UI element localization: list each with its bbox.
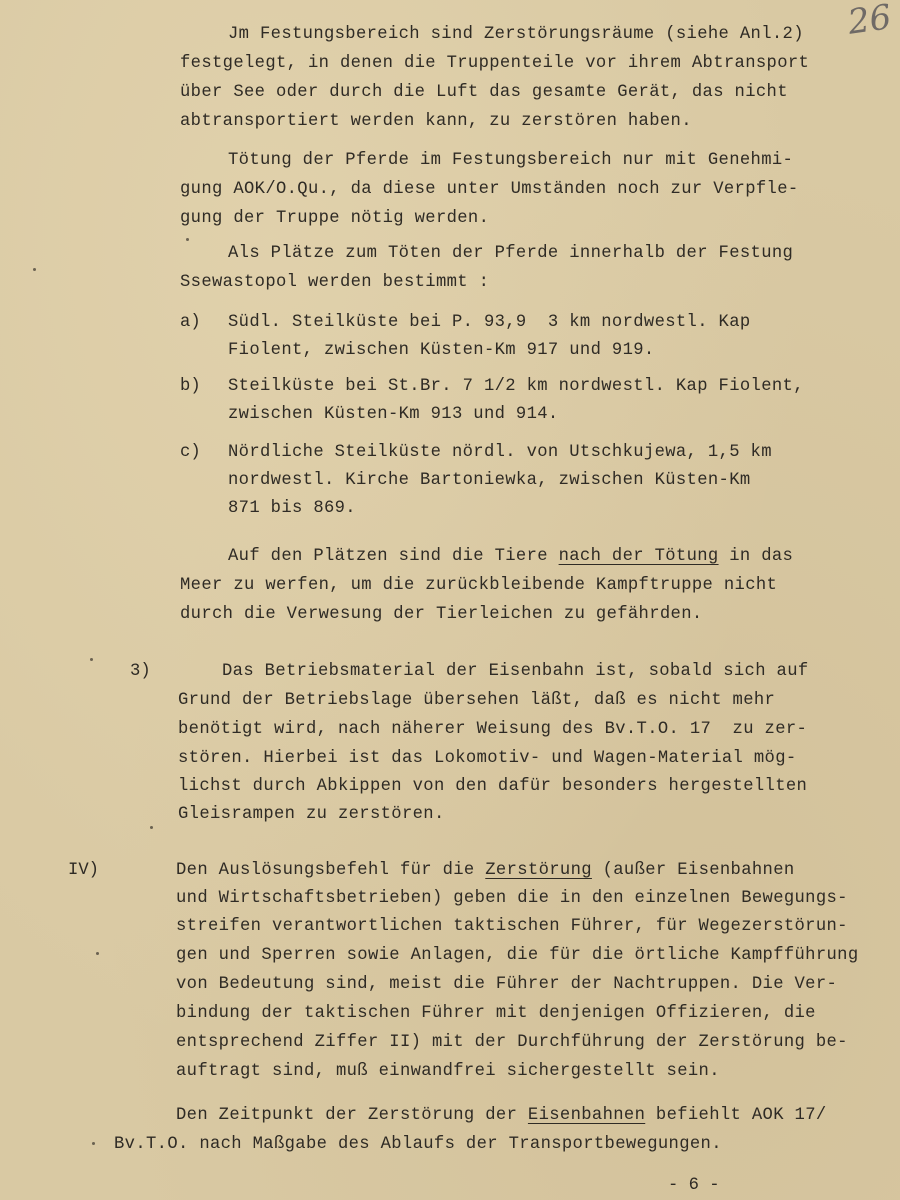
section3-line2: Grund der Betriebslage übersehen läßt, d… [178,690,775,712]
list-label-b: b) [180,376,201,398]
section4-line6: bindung der taktischen Führer mit denjen… [176,1003,816,1025]
para2-line3: gung der Truppe nötig werden. [180,208,489,230]
section3-line3: benötigt wird, nach näherer Weisung des … [178,719,807,741]
section3-line4: stören. Hierbei ist das Lokomotiv- und W… [178,748,797,770]
document-page: 26 Jm Festungsbereich sind Zerstörungsrä… [0,0,900,1200]
section4-line1: Den Auslösungsbefehl für die Zerstörung … [176,860,795,882]
final-para-line1: Den Zeitpunkt der Zerstörung der Eisenba… [176,1105,827,1127]
section4-line8: auftragt sind, muß einwandfrei sicherges… [176,1061,720,1083]
list-a-line2: Fiolent, zwischen Küsten-Km 917 und 919. [228,340,655,362]
final-para-line2: Bv.T.O. nach Maßgabe des Ablaufs der Tra… [114,1134,722,1156]
section3-line5: lichst durch Abkippen von den dafür beso… [178,776,807,798]
list-c-line1: Nördliche Steilküste nördl. von Utschkuj… [228,442,772,464]
para1-line1: Jm Festungsbereich sind Zerstörungsräume… [228,24,804,46]
paper-speck [150,826,153,829]
para1-line3: über See oder durch die Luft das gesamte… [180,82,788,104]
paper-speck [33,268,36,271]
section4-line5: von Bedeutung sind, meist die Führer der… [176,974,837,996]
paper-speck [186,238,189,241]
section4-line7: entsprechend Ziffer II) mit der Durchfüh… [176,1032,848,1054]
para4-line2: Meer zu werfen, um die zurückbleibende K… [180,575,777,597]
para4-line1: Auf den Plätzen sind die Tiere nach der … [228,546,793,568]
section3-line6: Gleisrampen zu zerstören. [178,804,445,826]
page-number: - 6 - [668,1176,720,1195]
underlined-phrase: nach der Tötung [559,547,719,566]
paper-speck [92,1142,95,1145]
para1-line4: abtransportiert werden kann, zu zerstöre… [180,111,692,133]
list-b-line2: zwischen Küsten-Km 913 und 914. [228,404,559,426]
section4-line3: streifen verantwortlichen taktischen Füh… [176,916,848,938]
para3-line2: Ssewastopol werden bestimmt : [180,272,489,294]
section-3-label: 3) [130,661,151,683]
paper-speck [90,658,93,661]
para1-line2: festgelegt, in denen die Truppenteile vo… [180,53,809,75]
list-a-line1: Südl. Steilküste bei P. 93,9 3 km nordwe… [228,312,751,334]
section4-line2: und Wirtschaftsbetrieben) geben die in d… [176,888,848,910]
list-c-line3: 871 bis 869. [228,498,356,520]
paper-speck [96,952,99,955]
list-b-line1: Steilküste bei St.Br. 7 1/2 km nordwestl… [228,376,804,398]
list-c-line2: nordwestl. Kirche Bartoniewka, zwischen … [228,470,751,492]
para2-line1: Tötung der Pferde im Festungsbereich nur… [228,150,793,172]
section-4-label: IV) [68,860,99,882]
para4-line3: durch die Verwesung der Tierleichen zu g… [180,604,703,626]
underlined-word: Zerstörung [485,861,592,880]
section4-line4: gen und Sperren sowie Anlagen, die für d… [176,945,859,967]
para3-line1: Als Plätze zum Töten der Pferde innerhal… [228,243,793,265]
list-label-a: a) [180,312,201,334]
underlined-word-eisenbahnen: Eisenbahnen [528,1106,645,1125]
section3-line1: Das Betriebsmaterial der Eisenbahn ist, … [222,661,809,683]
para2-line2: gung AOK/O.Qu., da diese unter Umständen… [180,179,799,201]
list-label-c: c) [180,442,201,464]
handwritten-page-mark: 26 [845,0,893,43]
